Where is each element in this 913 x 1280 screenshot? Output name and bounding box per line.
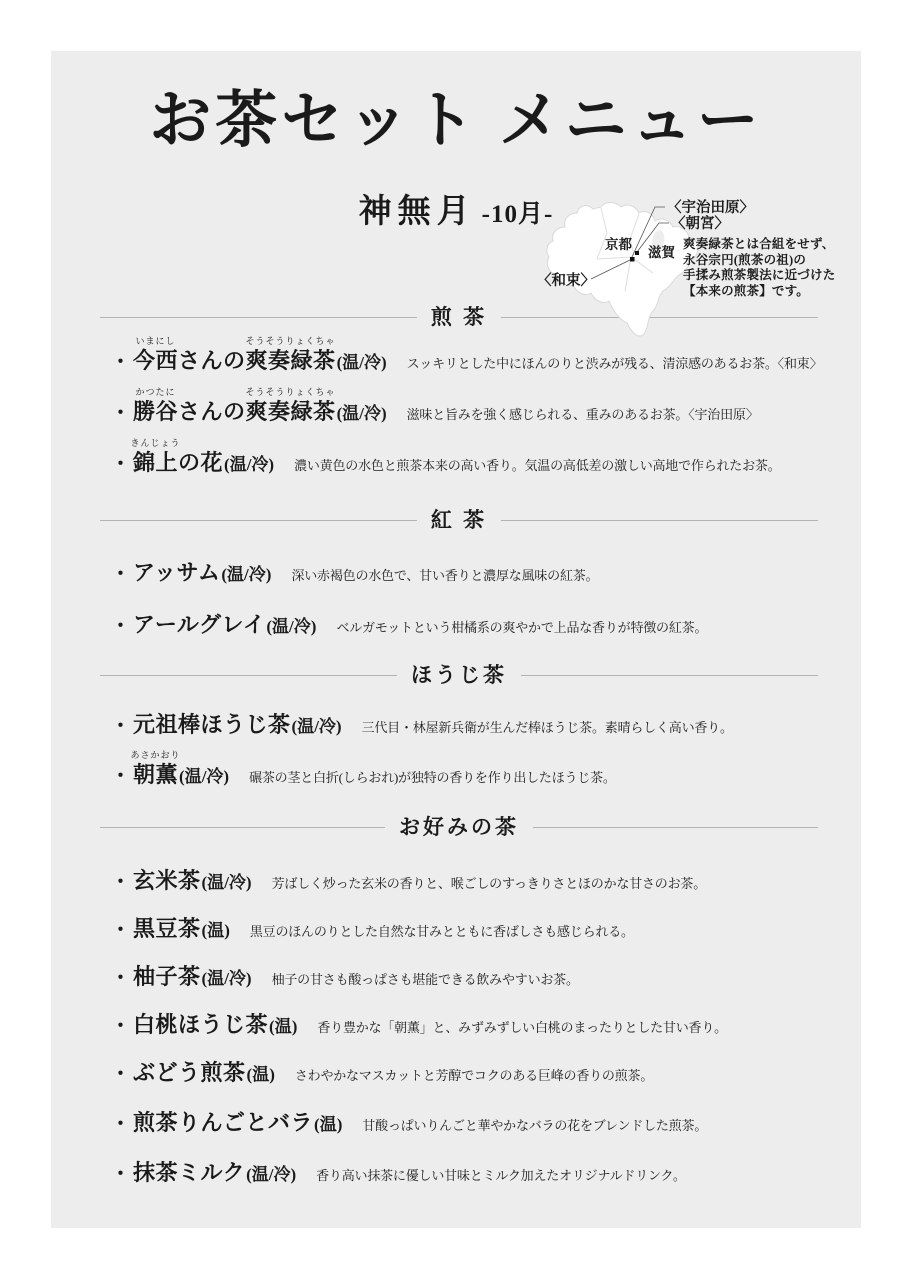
bullet: ・ (111, 455, 130, 474)
bullet: ・ (111, 1165, 130, 1184)
section-heading-label: お好みの茶 (385, 817, 533, 838)
item-name: そうそうりょくちゃ爽奏緑茶 (246, 348, 336, 373)
bullet: ・ (111, 404, 130, 423)
page-title: お茶セット メニュー (51, 87, 861, 155)
item-desc: 香り高い抹茶に優しい甘味とミルク加えたオリジナルドリンク。 (316, 1169, 686, 1182)
menu-item-assam: ・ アッサム (温/冷) 深い赤褐色の水色で、甘い香りと濃厚な風味の紅茶。 (111, 560, 857, 585)
bullet: ・ (111, 767, 130, 786)
item-name: かつたに勝谷 (133, 399, 178, 424)
item-temp: (温) (314, 1116, 342, 1133)
item-name: きんじょう錦上 (133, 450, 178, 475)
menu-item-earl-grey: ・ アールグレイ (温/冷) ベルガモットという柑橘系の爽やかで上品な香りが特徴… (111, 612, 857, 637)
item-desc: さわやかなマスカットと芳醇でコクのある巨峰の香りの煎茶。 (295, 1069, 653, 1082)
item-desc: 碾茶の茎と白折(しらおれ)が独特の香りを作り出したほうじ茶。 (249, 771, 616, 784)
furigana: いまにし (136, 337, 176, 346)
bullet: ・ (111, 873, 130, 892)
bullet: ・ (111, 617, 130, 636)
section-heading-kocha: 紅 茶 (100, 506, 818, 534)
item-name: あさかおり朝薫 (133, 762, 178, 787)
item-temp: (温/冷) (179, 768, 229, 785)
section-heading-label: 紅 茶 (417, 510, 501, 531)
item-name: さんの (178, 348, 246, 373)
item-name: アッサム (133, 560, 220, 585)
item-temp: (温/冷) (221, 566, 271, 583)
furigana: あさかおり (131, 751, 181, 760)
menu-item-kinjo-no-hana: ・ きんじょう錦上の花 (温/冷) 濃い黄色の水色と煎茶本来の高い香り。気温の高… (111, 450, 857, 475)
bullet: ・ (111, 717, 130, 736)
map-note-line: 手揉み煎茶製法に近づけた (683, 268, 863, 284)
furigana: そうそうりょくちゃ (246, 337, 336, 346)
item-temp: (温/冷) (202, 874, 252, 891)
map-label-asamiya: 〈朝宮〉 (671, 214, 729, 232)
map-note-line: 爽奏緑茶とは合組をせず、 (683, 237, 863, 253)
item-desc: 三代目・林屋新兵衛が生んだ棒ほうじ茶。素晴らしく高い香り。 (362, 721, 733, 734)
item-desc: ベルガモットという柑橘系の爽やかで上品な香りが特徴の紅茶。 (336, 621, 707, 634)
menu-item-genmaicha: ・ 玄米茶 (温/冷) 芳ばしく炒った玄米の香りと、喉ごしのすっきりさとほのかな… (111, 868, 857, 893)
item-name: アールグレイ (133, 612, 265, 637)
section-heading-label: ほうじ茶 (397, 665, 521, 686)
item-temp: (温/冷) (246, 1166, 296, 1183)
section-heading-hojicha: ほうじ茶 (100, 661, 818, 689)
item-desc: スッキリとした中にほんのりと渋みが残る、清涼感のあるお茶。〈和束〉 (407, 357, 823, 370)
item-temp: (温/冷) (266, 618, 316, 635)
item-name: ぶどう煎茶 (133, 1060, 246, 1085)
map-dot-asamiya (635, 251, 639, 255)
map-dot-ujitawara (630, 257, 635, 262)
menu-item-ringo-to-bara: ・ 煎茶りんごとバラ (温) 甘酸っぱいりんごと華やかなバラの花をブレンドした煎… (111, 1110, 857, 1135)
item-temp: (温/冷) (292, 718, 342, 735)
divider-line (100, 317, 417, 318)
item-name: いまにし今西 (133, 348, 178, 373)
map-note: 爽奏緑茶とは合組をせず、 永谷宗円(煎茶の祖)の 手揉み煎茶製法に近づけた 【本… (683, 237, 863, 299)
menu-item-katsutani: ・ かつたに勝谷さんのそうそうりょくちゃ爽奏緑茶 (温/冷) 滋味と旨みを強く感… (111, 399, 857, 424)
item-name: 玄米茶 (133, 868, 201, 893)
bullet: ・ (111, 1115, 130, 1134)
bullet: ・ (111, 1065, 130, 1084)
section-heading-okonomi: お好みの茶 (100, 813, 818, 841)
item-name: さんの (178, 399, 246, 424)
divider-line (100, 520, 417, 521)
menu-item-yuzucha: ・ 柚子茶 (温/冷) 柚子の甘さも酸っぱさも堪能できる飲みやすいお茶。 (111, 964, 857, 989)
item-temp: (温/冷) (202, 970, 252, 987)
divider-line (100, 827, 385, 828)
divider-line (501, 520, 818, 521)
furigana: かつたに (136, 388, 176, 397)
item-name: 黒豆茶 (133, 916, 201, 941)
item-desc: 濃い黄色の水色と煎茶本来の高い香り。気温の高低差の激しい高地で作られたお茶。 (294, 459, 780, 472)
map-note-line: 永谷宗円(煎茶の祖)の (683, 253, 863, 269)
item-temp: (温/冷) (337, 354, 387, 371)
item-name: 柚子茶 (133, 964, 201, 989)
divider-line (521, 675, 818, 676)
item-desc: 芳ばしく炒った玄米の香りと、喉ごしのすっきりさとほのかな甘さのお茶。 (272, 877, 706, 890)
item-temp: (温) (202, 922, 230, 939)
map-label-shiga: 滋賀 (648, 244, 677, 260)
item-desc: 甘酸っぱいりんごと華やかなバラの花をブレンドした煎茶。 (362, 1119, 707, 1132)
item-name: の花 (178, 450, 223, 475)
menu-item-imanishi: ・ いまにし今西さんのそうそうりょくちゃ爽奏緑茶 (温/冷) スッキリとした中に… (111, 348, 857, 373)
menu-item-budo-sencha: ・ ぶどう煎茶 (温) さわやかなマスカットと芳醇でコクのある巨峰の香りの煎茶。 (111, 1060, 857, 1085)
furigana: きんじょう (131, 439, 181, 448)
item-desc: 香り豊かな「朝薫」と、みずみずしい白桃のまったりとした甘い香り。 (317, 1021, 727, 1034)
item-name: 白桃ほうじ茶 (133, 1012, 268, 1037)
menu-item-hakuto-hojicha: ・ 白桃ほうじ茶 (温) 香り豊かな「朝薫」と、みずみずしい白桃のまったりとした… (111, 1012, 857, 1037)
item-name: 煎茶りんごとバラ (133, 1110, 313, 1135)
map-label-wazuka: 〈和束〉 (537, 271, 595, 289)
menu-card: お茶セット メニュー 神無月-10月- 〈宇治田原〉 〈朝宮〉 京都 滋賀 〈和… (51, 51, 861, 1228)
item-desc: 深い赤褐色の水色で、甘い香りと濃厚な風味の紅茶。 (291, 569, 598, 582)
bullet: ・ (111, 1017, 130, 1036)
map-label-kyoto: 京都 (605, 236, 633, 252)
divider-line (100, 675, 397, 676)
map-label-ujitawara: 〈宇治田原〉 (667, 198, 754, 216)
month-name: 神無月 (359, 194, 476, 230)
menu-item-asakaori: ・ あさかおり朝薫 (温/冷) 碾茶の茎と白折(しらおれ)が独特の香りを作り出し… (111, 762, 857, 787)
menu-item-ganso-bo-hojicha: ・ 元祖棒ほうじ茶 (温/冷) 三代目・林屋新兵衛が生んだ棒ほうじ茶。素晴らしく… (111, 712, 857, 737)
section-heading-label: 煎 茶 (417, 307, 501, 328)
item-temp: (温) (247, 1066, 275, 1083)
item-name: 抹茶ミルク (133, 1160, 245, 1185)
map-note-line: 【本来の煎茶】です。 (683, 284, 863, 300)
menu-item-matcha-milk: ・ 抹茶ミルク (温/冷) 香り高い抹茶に優しい甘味とミルク加えたオリジナルドリ… (111, 1160, 857, 1185)
item-desc: 滋味と旨みを強く感じられる、重みのあるお茶。〈宇治田原〉 (407, 408, 759, 421)
item-desc: 柚子の甘さも酸っぱさも堪能できる飲みやすいお茶。 (272, 973, 579, 986)
item-temp: (温/冷) (224, 456, 274, 473)
bullet: ・ (111, 921, 130, 940)
menu-item-kuromamecha: ・ 黒豆茶 (温) 黒豆のほんのりとした自然な甘みとともに香ばしさも感じられる。 (111, 916, 857, 941)
divider-line (533, 827, 818, 828)
item-temp: (温/冷) (337, 405, 387, 422)
bullet: ・ (111, 353, 130, 372)
item-desc: 黒豆のほんのりとした自然な甘みとともに香ばしさも感じられる。 (250, 925, 634, 938)
bullet: ・ (111, 969, 130, 988)
bullet: ・ (111, 565, 130, 584)
item-name: そうそうりょくちゃ爽奏緑茶 (246, 399, 336, 424)
item-name: 元祖棒ほうじ茶 (133, 712, 291, 737)
item-temp: (温) (269, 1018, 297, 1035)
furigana: そうそうりょくちゃ (246, 388, 336, 397)
